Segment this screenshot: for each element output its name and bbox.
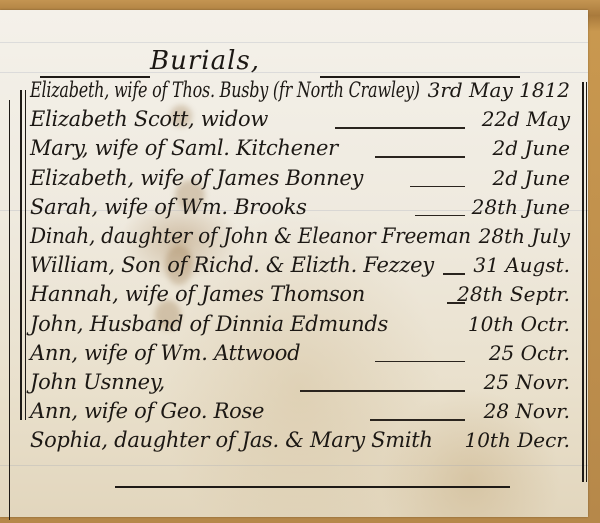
burial-entry: Hannah, wife of James Thomson28th Septr.	[30, 282, 570, 314]
closing-rule	[115, 486, 510, 488]
burial-date: 28th June	[472, 195, 570, 219]
burial-date: 28th July	[479, 224, 570, 248]
filler-line	[300, 390, 465, 392]
burial-entry: Ann, wife of Wm. Attwood25 Octr.	[30, 341, 570, 373]
burial-date: 28 Novr.	[484, 399, 570, 423]
burial-date: 31 Augst.	[473, 253, 570, 277]
deceased-name: William, Son of Richd. & Elizth. Fezzey	[30, 253, 434, 277]
faint-ruling	[0, 42, 588, 43]
burial-date: 25 Novr.	[484, 370, 570, 394]
burial-entry: Elizabeth, wife of Thos. Busby (fr North…	[30, 78, 570, 110]
deceased-name: Sarah, wife of Wm. Brooks	[30, 195, 307, 219]
burial-entry: Mary, wife of Saml. Kitchener2d June	[30, 136, 570, 168]
right-border-outer	[582, 82, 584, 482]
burial-entry: Dinah, daughter of John & Eleanor Freema…	[30, 224, 570, 256]
burial-date: 2d June	[493, 166, 571, 190]
burial-entry: Elizabeth Scott, widow22d May	[30, 107, 570, 139]
deceased-name: Dinah, daughter of John & Eleanor Freema…	[30, 224, 471, 248]
deceased-name: Ann, wife of Wm. Attwood	[30, 341, 300, 365]
burial-entry: William, Son of Richd. & Elizth. Fezzey3…	[30, 253, 570, 285]
burial-date: 3rd May 1812	[428, 78, 570, 102]
filler-line	[447, 302, 465, 304]
deceased-name: Hannah, wife of James Thomson	[30, 282, 365, 306]
burial-entry: Elizabeth, wife of James Bonney2d June	[30, 166, 570, 198]
filler-line	[410, 186, 465, 188]
deceased-name: Sophia, daughter of Jas. & Mary Smith	[30, 428, 433, 452]
filler-line	[415, 215, 465, 217]
filler-line	[375, 156, 465, 158]
burial-entry: John Usnney,25 Novr.	[30, 370, 570, 402]
deceased-name: John, Husband of Dinnia Edmunds	[30, 312, 388, 336]
deceased-name: Elizabeth Scott, widow	[30, 107, 268, 131]
filler-line	[443, 273, 465, 275]
left-border-inner	[25, 90, 26, 420]
burial-date: 2d June	[493, 136, 571, 160]
deceased-name: Ann, wife of Geo. Rose	[30, 399, 264, 423]
burial-register-page: Burials, Elizabeth, wife of Thos. Busby …	[0, 10, 588, 517]
burial-date: 28th Septr.	[457, 282, 570, 306]
deceased-name: Mary, wife of Saml. Kitchener	[30, 136, 338, 160]
burial-entry: Ann, wife of Geo. Rose28 Novr.	[30, 399, 570, 431]
deceased-name: Elizabeth, wife of Thos. Busby (fr North…	[30, 78, 420, 102]
burial-date: 22d May	[482, 107, 570, 131]
burial-date: 10th Decr.	[464, 428, 570, 452]
left-margin-line	[9, 100, 10, 520]
deceased-name: Elizabeth, wife of James Bonney	[30, 166, 363, 190]
faint-ruling	[0, 72, 588, 73]
filler-line	[335, 127, 465, 129]
burial-entry: John, Husband of Dinnia Edmunds10th Octr…	[30, 312, 570, 344]
faint-ruling	[0, 465, 588, 466]
filler-line	[370, 419, 465, 421]
burial-date: 25 Octr.	[489, 341, 570, 365]
right-border-inner	[586, 82, 587, 482]
filler-line	[375, 361, 465, 363]
burial-date: 10th Octr.	[468, 312, 570, 336]
page-title: Burials,	[150, 46, 260, 76]
left-border-outer	[20, 90, 22, 420]
burial-entry: Sophia, daughter of Jas. & Mary Smith10t…	[30, 428, 570, 460]
deceased-name: John Usnney,	[30, 370, 165, 394]
burial-entry: Sarah, wife of Wm. Brooks28th June	[30, 195, 570, 227]
